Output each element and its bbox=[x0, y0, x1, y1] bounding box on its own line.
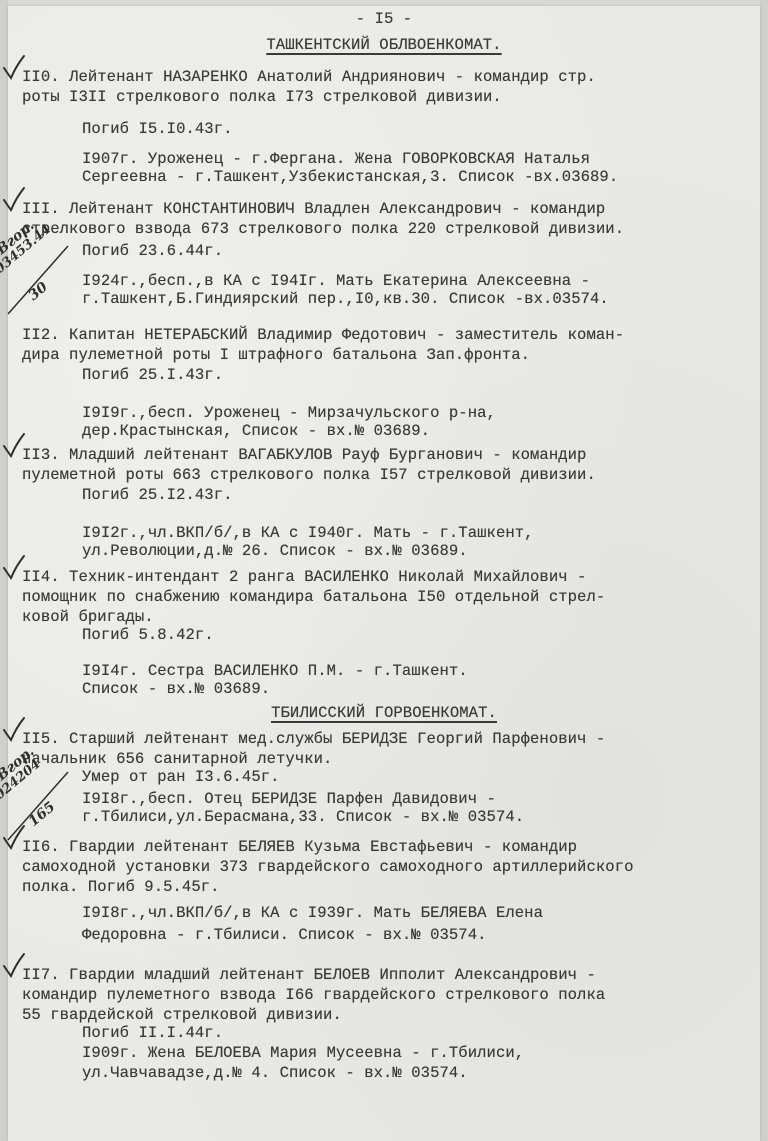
entry-line: I9I9г.,бесп. Уроженец - Мирзачульского р… bbox=[82, 404, 496, 422]
checkmark-icon bbox=[2, 952, 26, 978]
entry-line: г.Ташкент,Б.Гиндиярский пер.,I0,кв.30. С… bbox=[82, 290, 609, 308]
margin-note: Вгор.03453.4430 bbox=[0, 236, 80, 316]
entry-line: I9I8г.,чл.ВКП/б/,в КА с I939г. Мать БЕЛЯ… bbox=[82, 904, 543, 922]
entry-line: ул.Революции,д.№ 26. Список - вх.№ 03689… bbox=[82, 542, 468, 560]
section-heading-tbilisi: ТБИЛИССКИЙ ГОРВОЕНКОМАТ. bbox=[0, 704, 768, 722]
scan-right-edge bbox=[760, 0, 768, 1141]
entry-title-line: II3. Младший лейтенант ВАГАБКУЛОВ Рауф Б… bbox=[22, 446, 586, 464]
entry-line: ул.Чавчавадзе,д.№ 4. Список - вх.№ 03574… bbox=[82, 1064, 468, 1082]
entry-line: Сергеевна - г.Ташкент,Узбекистанская,3. … bbox=[82, 168, 618, 186]
entry-line: Погиб 25.I.43г. bbox=[82, 366, 223, 384]
checkmark-icon bbox=[2, 432, 26, 458]
entry-line: Погиб 5.8.42г. bbox=[82, 626, 214, 644]
entry-line: I9I2г.,чл.ВКП/б/,в КА с I940г. Мать - г.… bbox=[82, 524, 534, 542]
entry-line: стрелкового взвода 673 стрелкового полка… bbox=[22, 220, 624, 238]
entry-line: помощник по снабжению командира батальон… bbox=[22, 588, 605, 606]
entry-title-line: II6. Гвардии лейтенант БЕЛЯЕВ Кузьма Евс… bbox=[22, 838, 577, 856]
entry-title-line: II2. Капитан НЕТЕРАБСКИЙ Владимир Федото… bbox=[22, 326, 624, 344]
checkmark-icon bbox=[2, 54, 26, 80]
margin-note-slash bbox=[0, 236, 80, 316]
entry-line: дира пулеметной роты I штрафного батальо… bbox=[22, 346, 530, 364]
entry-title-line: II0. Лейтенант НАЗАРЕНКО Анатолий Андрия… bbox=[22, 68, 596, 86]
entry-line: пулеметной роты 663 стрелкового полка I5… bbox=[22, 466, 596, 484]
entry-line: Список - вх.№ 03689. bbox=[82, 680, 270, 698]
entry-line: 55 гвардейской стрелковой дивизии. bbox=[22, 1006, 342, 1024]
checkmark-icon bbox=[2, 824, 26, 850]
entry-line: I9I4г. Сестра ВАСИЛЕНКО П.М. - г.Ташкент… bbox=[82, 662, 468, 680]
entry-title-line: II4. Техник-интендант 2 ранга ВАСИЛЕНКО … bbox=[22, 568, 586, 586]
entry-line: I909г. Жена БЕЛОЕВА Мария Мусеевна - г.Т… bbox=[82, 1044, 524, 1062]
entry-line: ковой бригады. bbox=[22, 608, 154, 626]
entry-line: Погиб I5.I0.43г. bbox=[82, 120, 233, 138]
entry-line: I9I8г.,бесп. Отец БЕРИДЗЕ Парфен Давидов… bbox=[82, 790, 496, 808]
entry-title-line: II5. Старший лейтенант мед.службы БЕРИДЗ… bbox=[22, 730, 605, 748]
entry-line: дер.Крастынская, Список - вх.№ 03689. bbox=[82, 422, 430, 440]
entry-line: Погиб 25.I2.43г. bbox=[82, 486, 233, 504]
checkmark-icon bbox=[2, 716, 26, 742]
entry-line: г.Тбилиси,ул.Берасмана,33. Список - вх.№… bbox=[82, 808, 524, 826]
checkmark-icon bbox=[2, 186, 26, 212]
entry-line: роты I3II стрелкового полка I73 стрелков… bbox=[22, 88, 502, 106]
entry-title-line: III. Лейтенант КОНСТАНТИНОВИЧ Владлен Ал… bbox=[22, 200, 605, 218]
entry-line: самоходной установки 373 гвардейского са… bbox=[22, 858, 634, 876]
entry-line: I924г.,бесп.,в КА с I94Iг. Мать Екатерин… bbox=[82, 272, 590, 290]
entry-title-line: II7. Гвардии младший лейтенант БЕЛОЕВ Ип… bbox=[22, 966, 596, 984]
entry-line: командир пулеметного взвода I66 гвардейс… bbox=[22, 986, 605, 1004]
entry-line: полка. Погиб 9.5.45г. bbox=[22, 878, 220, 896]
checkmark-icon bbox=[2, 554, 26, 580]
entry-line: Умер от ран I3.6.45г. bbox=[82, 768, 280, 786]
page-number: - I5 - bbox=[0, 10, 768, 28]
entry-line: Погиб 23.6.44г. bbox=[82, 242, 223, 260]
section-heading-tashkent: ТАШКЕНТСКИЙ ОБЛВОЕНКОМАТ. bbox=[0, 36, 768, 54]
entry-line: Федоровна - г.Тбилиси. Список - вх.№ 035… bbox=[82, 926, 487, 944]
entry-line: I907г. Уроженец - г.Фергана. Жена ГОВОРК… bbox=[82, 150, 590, 168]
entry-line: Погиб II.I.44г. bbox=[82, 1024, 223, 1042]
